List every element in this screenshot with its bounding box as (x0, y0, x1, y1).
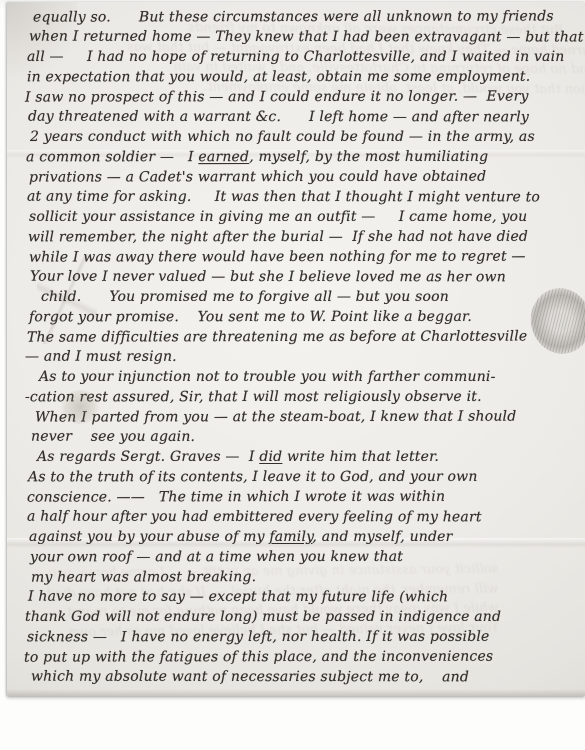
line-text: at any time for asking. It was then that… (27, 189, 540, 206)
line-text: As to the truth of its contents, I leave… (28, 469, 478, 485)
line-text: write him that letter. (282, 449, 439, 465)
line-text: As to your injunction not to trouble you… (39, 369, 496, 385)
line-text: The same difficulties are threatening me… (27, 329, 527, 346)
letter-line: Your love I never valued — but she I bel… (17, 267, 585, 288)
letter-line: When I parted from you — at the steam-bo… (17, 406, 585, 427)
scan-background: equally so. But these circumstances were… (0, 0, 585, 750)
underlined-word: family (269, 529, 312, 545)
letter-line: I have no more to say — except that my f… (17, 587, 585, 608)
line-text: , and myself, under (312, 529, 452, 545)
line-text: against you by your abuse of my (29, 529, 269, 545)
letter-line: while I was away there would have been n… (17, 246, 585, 267)
line-text: all — I had no hope of returning to Char… (27, 49, 565, 65)
letter-line: equally so. But these circumstances were… (17, 6, 585, 27)
letter-line: at any time for asking. It was then that… (17, 187, 585, 208)
line-text: forgot your promise. You sent me to W. P… (29, 309, 472, 325)
letter-line: As regards Sergt. Graves — I did write h… (17, 447, 585, 467)
line-text: child. You promised me to forgive all — … (41, 289, 449, 305)
line-text: my heart was almost breaking. (31, 569, 256, 585)
letter-line: which my absolute want of necessaries su… (17, 667, 585, 688)
line-text: never see you again. (31, 429, 195, 445)
letter-line: privations — a Cadet's warrant which you… (17, 166, 585, 187)
line-text: I saw no prospect of this — and I could … (25, 89, 529, 106)
letter-line: to put up with the fatigues of this plac… (17, 646, 585, 667)
line-text: day threatened with a warrant &c. I left… (28, 109, 529, 126)
letter-line: all — I had no hope of returning to Char… (17, 47, 585, 67)
line-text: equally so. But these circumstances were… (33, 8, 554, 25)
letter-line: -cation rest assured, Sir, that I will m… (17, 387, 585, 408)
letter-line: I saw no prospect of this — and I could … (17, 86, 585, 107)
letter-line: sickness — I have no energy left, nor he… (17, 627, 585, 648)
underlined-word: did (259, 449, 282, 465)
line-text: Your love I never valued — but she I bel… (30, 269, 506, 286)
line-text: conscience. —— The time in which I wrote… (27, 489, 445, 506)
letter-line: — and I must resign. (17, 347, 585, 368)
letter-line: against you by your abuse of my family, … (17, 527, 585, 547)
underlined-word: earned (198, 149, 249, 165)
line-text: I have no more to say — except that my f… (28, 589, 448, 606)
letter-line: As to the truth of its contents, I leave… (17, 467, 585, 488)
line-text: to put up with the fatigues of this plac… (24, 649, 493, 666)
letter-line: in expectation that you would, at least,… (17, 67, 585, 88)
line-text: When I parted from you — at the steam-bo… (35, 409, 516, 426)
letter-line: a half hour after you had embittered eve… (17, 507, 585, 528)
letter-line: As to your injunction not to trouble you… (17, 367, 585, 387)
line-text: As regards Sergt. Graves — I (37, 449, 259, 465)
line-text: sollicit your assistance in giving me an… (29, 209, 527, 225)
letter-line: will remember, the night after the buria… (17, 227, 585, 248)
line-text: 2 years conduct with which no fault coul… (30, 129, 535, 145)
line-text: thank God will not endure long) must be … (25, 609, 501, 625)
letter-line: conscience. —— The time in which I wrote… (17, 486, 585, 507)
letter-line: The same difficulties are threatening me… (17, 326, 585, 347)
line-text: privations — a Cadet's warrant which you… (29, 169, 486, 186)
line-text: — and I must resign. (25, 349, 177, 365)
letter-page: equally so. But these circumstances were… (7, 2, 585, 696)
line-text: a common soldier — I (26, 149, 198, 165)
line-text: in expectation that you would, at least,… (27, 69, 530, 86)
letter-line: never see you again. (17, 427, 585, 448)
line-text: your own roof — and at a time when you k… (30, 549, 403, 565)
letter-line: when I returned home — They knew that I … (17, 27, 585, 48)
letter-text: equally so. But these circumstances were… (17, 7, 585, 687)
letter-line: thank God will not endure long) must be … (17, 607, 585, 627)
line-text: , myself, by the most humiliating (249, 149, 488, 165)
line-text: when I returned home — They knew that I … (29, 29, 585, 46)
letter-line: your own roof — and at a time when you k… (17, 547, 585, 568)
line-text: sickness — I have no energy left, nor he… (27, 629, 490, 645)
letter-line: 2 years conduct with which no fault coul… (17, 127, 585, 147)
line-text: while I was away there would have been n… (29, 249, 526, 266)
letter-line: sollicit your assistance in giving me an… (17, 207, 585, 227)
line-text: which my absolute want of necessaries su… (31, 669, 469, 686)
letter-line: a common soldier — I earned, myself, by … (17, 147, 585, 168)
letter-line: day threatened with a warrant &c. I left… (17, 107, 585, 128)
line-text: will remember, the night after the buria… (28, 229, 528, 246)
ink-stain (60, 390, 100, 424)
line-text: a half hour after you had embittered eve… (27, 509, 482, 526)
letter-line: forgot your promise. You sent me to W. P… (17, 307, 585, 328)
letter-line: child. You promised me to forgive all — … (17, 287, 585, 307)
letter-line: my heart was almost breaking. (17, 566, 585, 587)
